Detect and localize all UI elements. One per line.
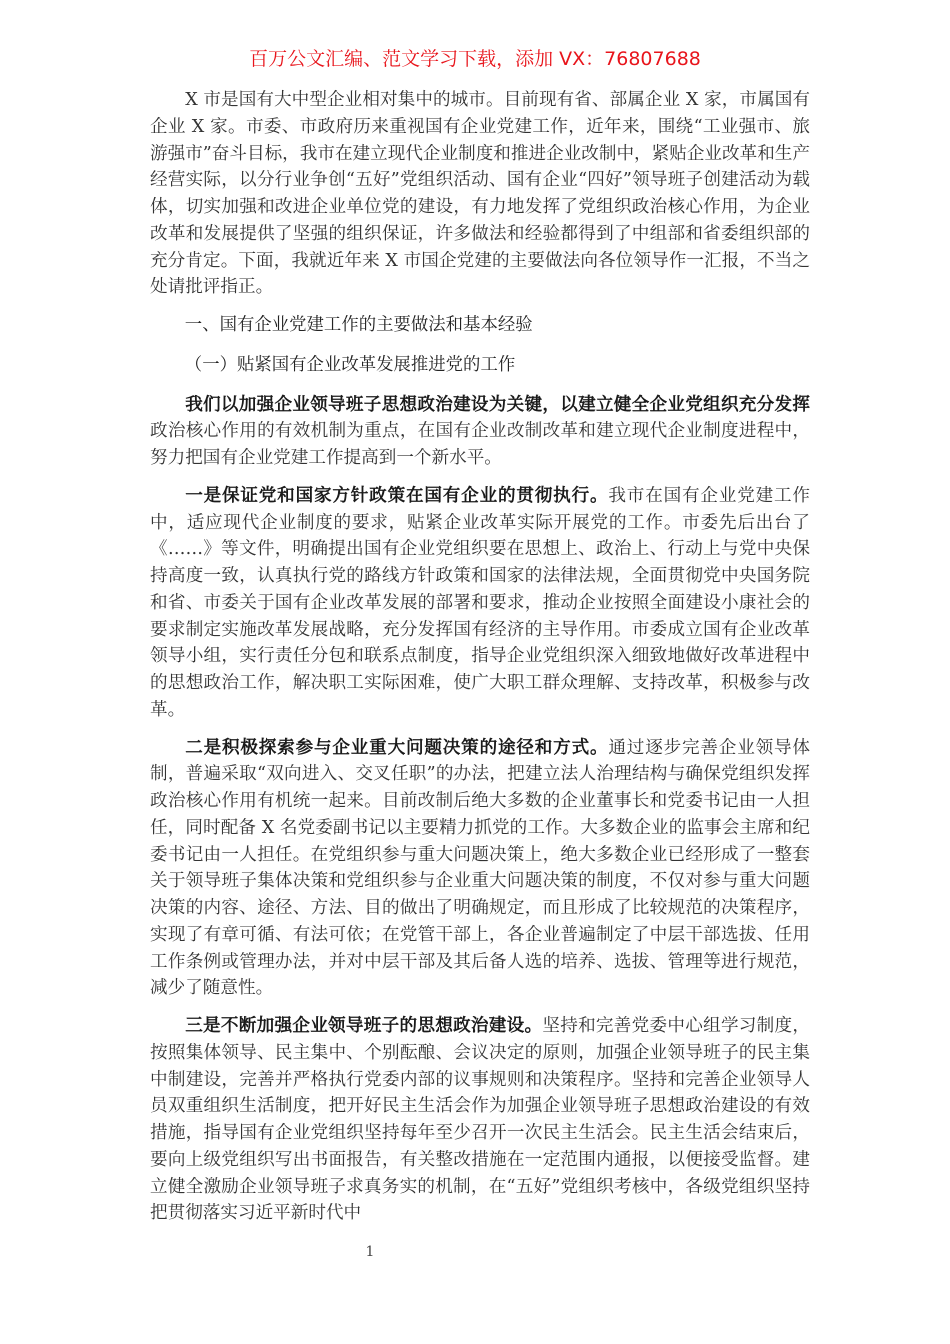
point-three-paragraph: 三是不断加强企业领导班子的思想政治建设。坚持和完善党委中心组学习制度，按照集体领… xyxy=(150,1013,810,1227)
document-body: X 市是国有大中型企业相对集中的城市。目前现有省、部属企业 X 家，市属国有企业… xyxy=(150,87,810,1238)
point-three-text: 坚持和完善党委中心组学习制度，按照集体领导、民主集中、个别酝酿、会议决定的原则，… xyxy=(150,1016,810,1223)
document-page: 百万公文汇编、范文学习下载，添加 VX：76807688 X 市是国有大中型企业… xyxy=(0,0,950,1344)
subsection-heading: （一）贴紧国有企业改革发展推进党的工作 xyxy=(150,352,810,379)
point-two-text: 通过逐步完善企业领导体制，普遍采取“双向进入、交叉任职”的办法，把建立法人治理结… xyxy=(150,738,810,999)
point-one-paragraph: 一是保证党和国家方针政策在国有企业的贯彻执行。我市在国有企业党建工作中，适应现代… xyxy=(150,483,810,724)
point-two-paragraph: 二是积极探索参与企业重大问题决策的途径和方式。通过逐步完善企业领导体制，普遍采取… xyxy=(150,735,810,1003)
point-one-title: 一是保证党和国家方针政策在国有企业的贯彻执行。 xyxy=(185,486,608,506)
section-heading: 一、国有企业党建工作的主要做法和基本经验 xyxy=(150,312,810,339)
intro-paragraph: X 市是国有大中型企业相对集中的城市。目前现有省、部属企业 X 家，市属国有企业… xyxy=(150,87,810,301)
point-three-title: 三是不断加强企业领导班子的思想政治建设。 xyxy=(185,1016,542,1036)
key-paragraph: 我们以加强企业领导班子思想政治建设为关键，以建立健全企业党组织充分发挥政治核心作… xyxy=(150,392,810,472)
watermark-banner: 百万公文汇编、范文学习下载，添加 VX：76807688 xyxy=(0,46,950,72)
key-paragraph-text: 政治核心作用的有效机制为重点，在国有企业改制改革和建立现代企业制度进程中，努力把… xyxy=(150,421,810,468)
key-paragraph-bold: 我们以加强企业领导班子思想政治建设为关键，以建立健全企业党组织充分发挥 xyxy=(185,395,810,415)
point-one-text: 我市在国有企业党建工作中，适应现代企业制度的要求，贴紧企业改革实际开展党的工作。… xyxy=(150,486,810,720)
page-number: 1 xyxy=(355,1244,385,1260)
point-two-title: 二是积极探索参与企业重大问题决策的途径和方式。 xyxy=(185,738,608,758)
